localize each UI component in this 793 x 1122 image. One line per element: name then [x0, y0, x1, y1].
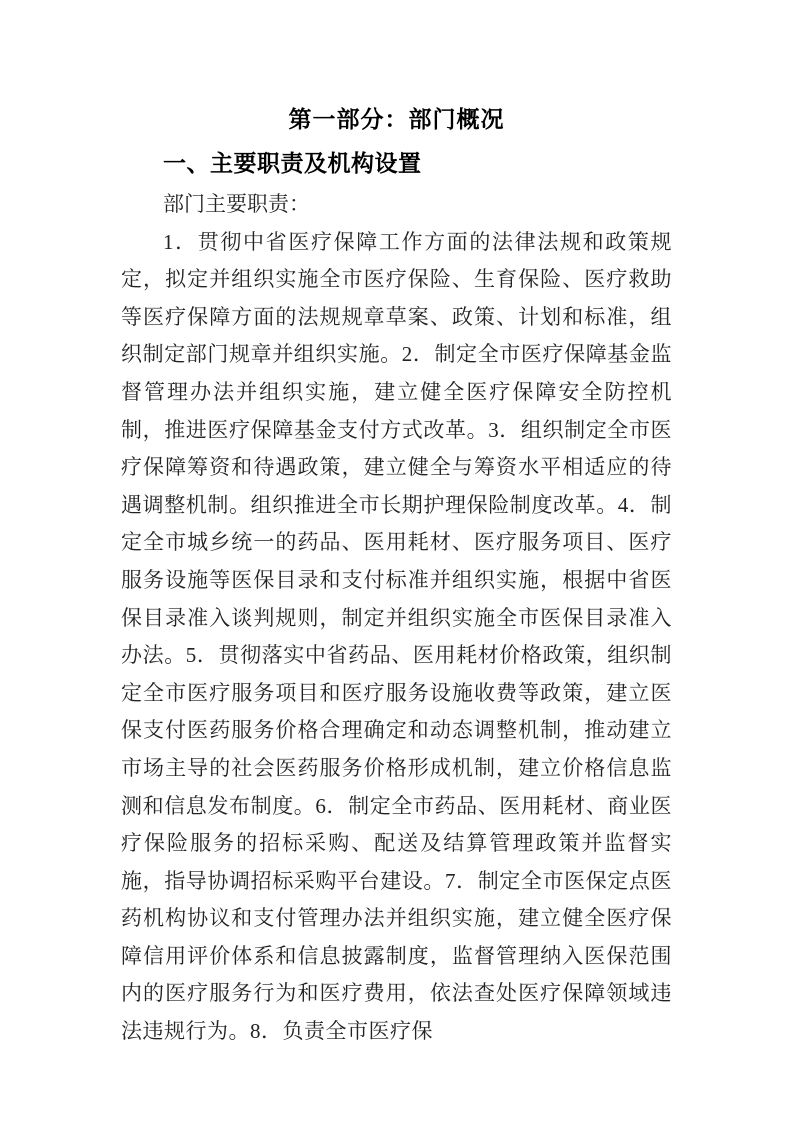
intro-line: 部门主要职责：	[121, 186, 672, 224]
body-paragraph: 1．贯彻中省医疗保障工作方面的法律法规和政策规定，拟定并组织实施全市医疗保险、生…	[121, 224, 672, 1051]
document-title: 第一部分：部门概况	[121, 106, 672, 133]
section-heading: 一、主要职责及机构设置	[121, 149, 672, 177]
document-page: 第一部分：部门概况 一、主要职责及机构设置 部门主要职责： 1．贯彻中省医疗保障…	[0, 0, 793, 1122]
